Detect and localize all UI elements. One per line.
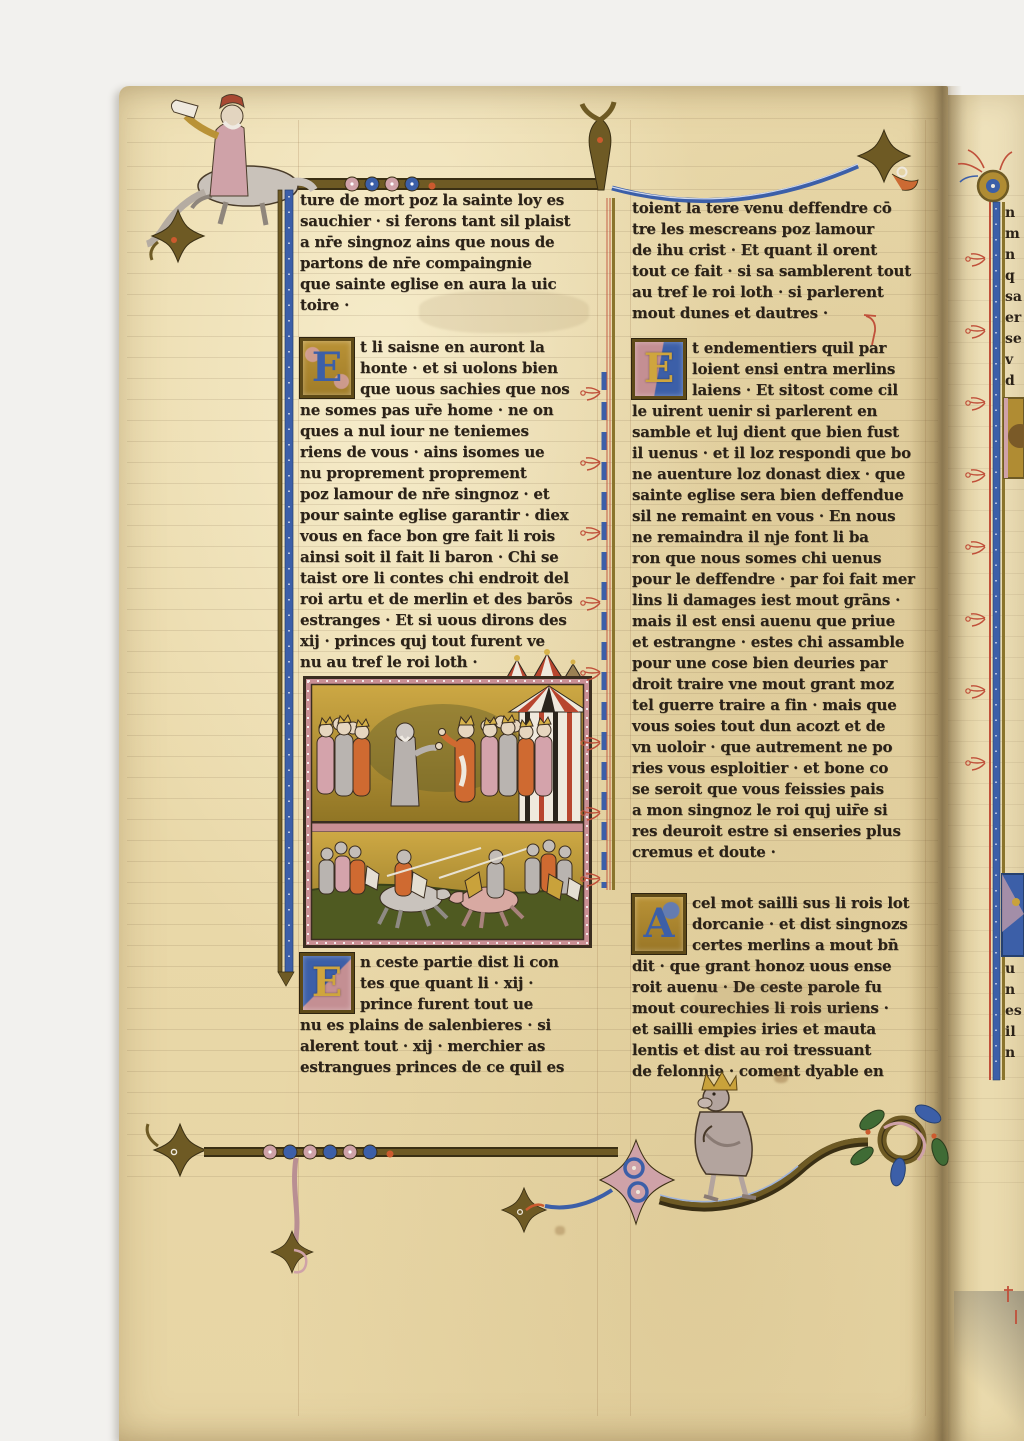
text-line: tel guerre traire a fin · mais que (632, 695, 915, 716)
text-fragment: n (1005, 1045, 1024, 1066)
text-line: mais il est ensi auenu que priue (632, 611, 915, 632)
paragraph-lines: t endementiers quil parloient ensi entra… (632, 338, 915, 863)
text-line: lins li damages iest mout grāns · (632, 590, 915, 611)
paragraph-with-initial: E t endementiers quil parloient ensi ent… (632, 338, 915, 863)
text-line: alerent tout · xij · merchier as (300, 1036, 564, 1057)
manuscript-page: ture de mort poz la sainte loy essauchie… (119, 86, 948, 1441)
text-line: il uenus · et il loz respondi que bo (632, 443, 915, 464)
text-line: estrangues princes de ce quil es (300, 1057, 564, 1078)
text-line: nu proprement proprement (300, 463, 572, 484)
text-line: le uirent uenir si parlerent en (632, 401, 915, 422)
spot-stain (555, 1226, 565, 1235)
illuminated-initial-E: E (632, 339, 686, 399)
column-guide-line (630, 120, 631, 1416)
text-line: roi artu et de merlin et des barōs (300, 589, 572, 610)
text-line: et estrangne · estes chi assamble (632, 632, 915, 653)
text-line: vous en face bon gre fait li rois (300, 526, 572, 547)
text-fragment: d (1005, 373, 1024, 394)
spot-stain (774, 1071, 788, 1083)
paragraph-with-initial: E t li saisne en auront lahonte · et si … (300, 337, 572, 673)
text-fragment: n (1005, 982, 1024, 1003)
text-line: nu es plains de salenbieres · si (300, 1015, 564, 1036)
text-fragment: er (1005, 310, 1024, 331)
paragraph: toient la tere venu deffendre cōtre les … (632, 198, 911, 324)
text-line: pour sainte eglise garantir · diex (300, 505, 572, 526)
miniature-two-registers (303, 676, 592, 948)
text-line: samble et luj dient que bien fust (632, 422, 915, 443)
text-line: a mon singnoz le roi quj uir̄e si (632, 800, 915, 821)
page-curl-shadow (954, 1291, 1024, 1441)
illuminated-initial-A: A (632, 894, 686, 954)
gutter-fold-shadow (910, 86, 962, 1441)
text-line: ture de mort poz la sainte loy es (300, 190, 570, 211)
text-line: au tref le roi loth · si parlerent (632, 282, 911, 303)
kings-right-group (481, 715, 552, 796)
text-fragment: il (1005, 1024, 1024, 1045)
text-line: dit · que grant honoz uous ense (632, 956, 909, 977)
text-line: ne auenture loz donast diex · que (632, 464, 915, 485)
text-line: partons de nr̄e compaingnie (300, 253, 570, 274)
text-line: xij · princes quj tout furent ve (300, 631, 572, 652)
text-fragment: il (1005, 415, 1024, 436)
illuminated-initial-E: E (300, 953, 354, 1013)
text-line: taist ore li contes chi endroit del (300, 568, 572, 589)
text-fragment: es (1005, 1003, 1024, 1024)
text-line: toient la tere venu deffendre cō (632, 198, 911, 219)
text-fragment: sa (1005, 289, 1024, 310)
text-fragment: u (1005, 394, 1024, 415)
text-line: tout ce fait · si sa samblerent tout (632, 261, 911, 282)
text-line: se seroit que vous feissies pais (632, 779, 915, 800)
text-fragment: q (1005, 268, 1024, 289)
text-line: pour le deffendre · par foi fait mer (632, 569, 915, 590)
text-line: vous soies tout dun acozt et de (632, 716, 915, 737)
text-line: res deuroit estre si enseries plus (632, 821, 915, 842)
text-fragment: m (1005, 226, 1024, 247)
text-line: sauchier · si ferons tant sil plaist (300, 211, 570, 232)
text-line: nu au tref le roi loth · (300, 652, 572, 673)
text-line: mout dunes et dautres · (632, 303, 911, 324)
register-divider (311, 823, 584, 832)
text-line: vn uoloir · que autrement ne po (632, 737, 915, 758)
text-line: ries vous esploitier · et bone co (632, 758, 915, 779)
text-line: cremus et doute · (632, 842, 915, 863)
lower-register-knights-battle (311, 832, 584, 940)
text-fragment: n (1005, 247, 1024, 268)
text-fragment: v (1005, 352, 1024, 373)
text-line: ne somes pas ur̄e home · ne on (300, 400, 572, 421)
text-line: ques a nul iour ne teniemes (300, 421, 572, 442)
kings-left-group (317, 715, 370, 796)
text-fragment: n (1005, 436, 1024, 457)
manuscript-photo: ture de mort poz la sainte loy essauchie… (0, 0, 1024, 1441)
text-line: de felonnie · coment dyable en (632, 1061, 909, 1082)
show-through-stain (419, 291, 589, 333)
text-line: tre les mescreans poz lamour (632, 219, 911, 240)
text-line: pour une cose bien deuries par (632, 653, 915, 674)
text-line: ainsi soit il fait li baron · Chi se (300, 547, 572, 568)
text-fragment: u (1005, 961, 1024, 982)
text-line: a nr̄e singnoz ains que nous de (300, 232, 570, 253)
column-guide-line (298, 120, 299, 1416)
paragraph-with-initial: E n ceste partie dist li contes que quan… (300, 952, 564, 1078)
text-line: estranges · Et si uous dirons des (300, 610, 572, 631)
text-fragment: n (1005, 205, 1024, 226)
upper-register-assembly-of-kings (311, 684, 589, 825)
text-fragments: nmnqsaersevduiln (1005, 205, 1024, 457)
ruling-lines-top-margin (127, 118, 938, 168)
text-line: lentis et dist au roi tressuant (632, 1040, 909, 1061)
text-line: ne remaindra il nje font li ba (632, 527, 915, 548)
text-line: ron que nous somes chi uenus (632, 548, 915, 569)
illuminated-initial-E: E (300, 338, 354, 398)
text-line: poz lamour de nr̄e singnoz · et (300, 484, 572, 505)
text-line: riens de vous · ains isomes ue (300, 442, 572, 463)
text-fragment: se (1005, 331, 1024, 352)
column-guide-line (597, 120, 598, 1416)
text-fragments: unesiln (1005, 961, 1024, 1066)
text-line: de ihu crist · Et quant il orent (632, 240, 911, 261)
show-through-stain (694, 981, 869, 1025)
text-line: sil ne remaint en vous · En nous (632, 506, 915, 527)
text-line: sainte eglise sera bien deffendue (632, 485, 915, 506)
text-line: droit traire vne mout grant moz (632, 674, 915, 695)
